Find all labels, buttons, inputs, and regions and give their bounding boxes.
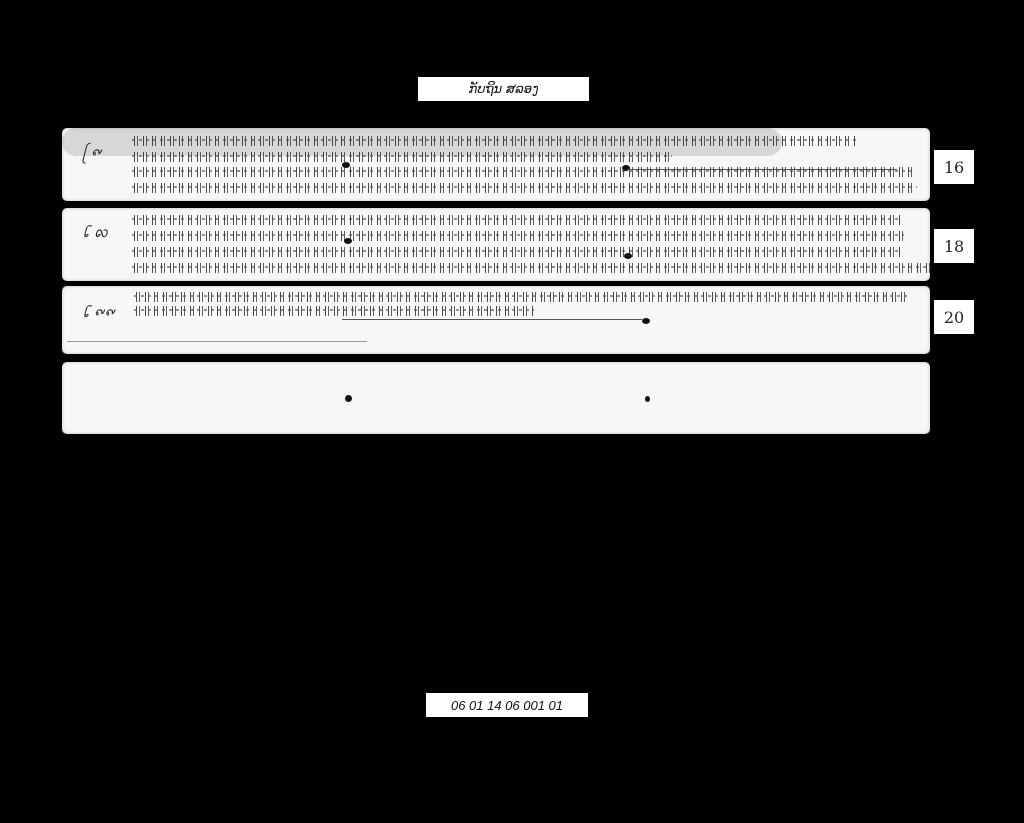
text-line: [132, 152, 672, 162]
text-line: [132, 231, 904, 241]
text-line: [132, 136, 857, 146]
strike-line: [627, 169, 897, 170]
manuscript-leaf-3: ᪒ ᪑᪑: [62, 286, 930, 354]
punctuation-mark: [344, 238, 352, 244]
page-number-18: 18: [934, 229, 974, 263]
punctuation-mark: [622, 165, 630, 171]
margin-numeral: ᪒ ᪑᪑: [82, 306, 115, 320]
margin-numeral: ᪒ ᪙: [82, 226, 108, 240]
text-line: [132, 247, 900, 257]
punctuation-mark: [642, 318, 650, 324]
ruling-line: [67, 341, 367, 342]
text-line: [132, 183, 917, 193]
punctuation-mark: [624, 253, 632, 259]
manuscript-leaf-1: ᩕ ᪑: [62, 128, 930, 201]
title-label: ກັບຖິນ ສລອງ: [418, 77, 589, 101]
archive-code-label: 06 01 14 06 001 01: [426, 693, 588, 717]
manuscript-leaf-4-blank: [62, 362, 930, 434]
page-number-20: 20: [934, 300, 974, 334]
margin-numeral: ᩕ ᪑: [82, 146, 101, 160]
manuscript-leaf-2: ᪒ ᪙: [62, 208, 930, 281]
text-line: [134, 292, 909, 302]
ink-blot: [645, 396, 650, 402]
text-line: [134, 306, 534, 316]
punctuation-mark: [342, 162, 350, 168]
page-number-16: 16: [934, 150, 974, 184]
text-line: [132, 215, 902, 225]
text-line: [132, 263, 932, 273]
ink-blot: [345, 395, 352, 402]
underline-rule: [342, 319, 642, 320]
